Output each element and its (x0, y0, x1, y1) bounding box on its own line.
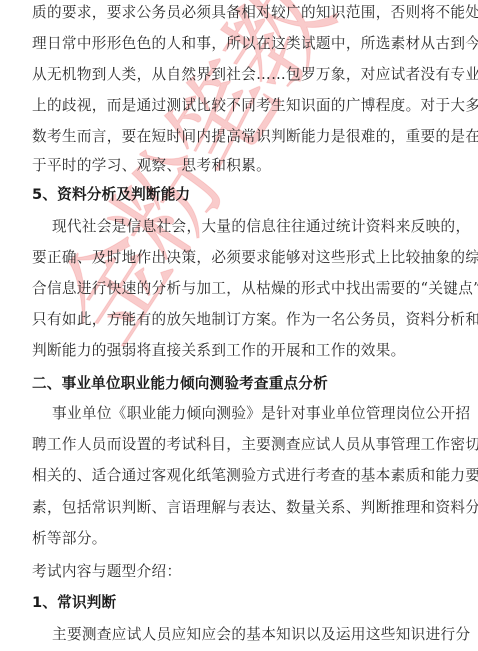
paragraph-line: 要正确、及时地作出决策，必须要求能够对这些形式上比较抽象的综 (32, 249, 452, 267)
section-heading-common-sense: 1、常识判断 (32, 594, 452, 612)
document-page: 金粉笔教育 质的要求，要求公务员必须具备相对较广的知识范围，否则将不能处 理日常… (0, 0, 478, 651)
section-heading-data-analysis: 5、资料分析及判断能力 (32, 186, 452, 204)
paragraph-line: 析等部分。 (32, 530, 452, 548)
paragraph-line: 现代社会是信息社会，大量的信息往往通过统计资料来反映的， (52, 218, 452, 236)
paragraph-line: 主要测查应试人员应知应会的基本知识以及运用这些知识进行分 (52, 626, 452, 644)
paragraph-line: 聘工作人员而设置的考试科目，主要测查应试人员从事管理工作密切 (32, 436, 452, 454)
paragraph-line: 合信息进行快速的分析与加工，从枯燥的形式中找出需要的“关键点”， (32, 280, 452, 298)
paragraph-line: 素，包括常识判断、言语理解与表达、数量关系、判断推理和资料分 (32, 499, 452, 517)
paragraph-line: 上的歧视，而是通过测试比较不同考生知识面的广博程度。对于大多 (32, 97, 452, 115)
paragraph-line: 事业单位《职业能力倾向测验》是针对事业单位管理岗位公开招 (52, 405, 452, 423)
section-heading-key-analysis: 二、事业单位职业能力倾向测验考查重点分析 (32, 375, 452, 393)
paragraph-line: 理日常中形形色色的人和事，所以在这类试题中，所选素材从古到今， (32, 35, 452, 53)
paragraph-line: 于平时的学习、观察、思考和积累。 (32, 157, 452, 175)
paragraph-line: 数考生而言，要在短时间内提高常识判断能力是很难的，重要的是在 (32, 128, 452, 146)
watermark: 金粉笔教育 (40, 0, 415, 360)
paragraph-line: 相关的、适合通过客观化纸笔测验方式进行考查的基本素质和能力要 (32, 467, 452, 485)
paragraph-line: 判断能力的强弱将直接关系到工作的开展和工作的效果。 (32, 342, 452, 360)
paragraph-line: 质的要求，要求公务员必须具备相对较广的知识范围，否则将不能处 (32, 4, 452, 22)
paragraph-line: 从无机物到人类，从自然界到社会……包罗万象，对应试者没有专业 (32, 66, 452, 84)
paragraph-line: 只有如此，方能有的放矢地制订方案。作为一名公务员，资料分析和 (32, 311, 452, 329)
paragraph-line: 考试内容与题型介绍： (32, 563, 452, 581)
